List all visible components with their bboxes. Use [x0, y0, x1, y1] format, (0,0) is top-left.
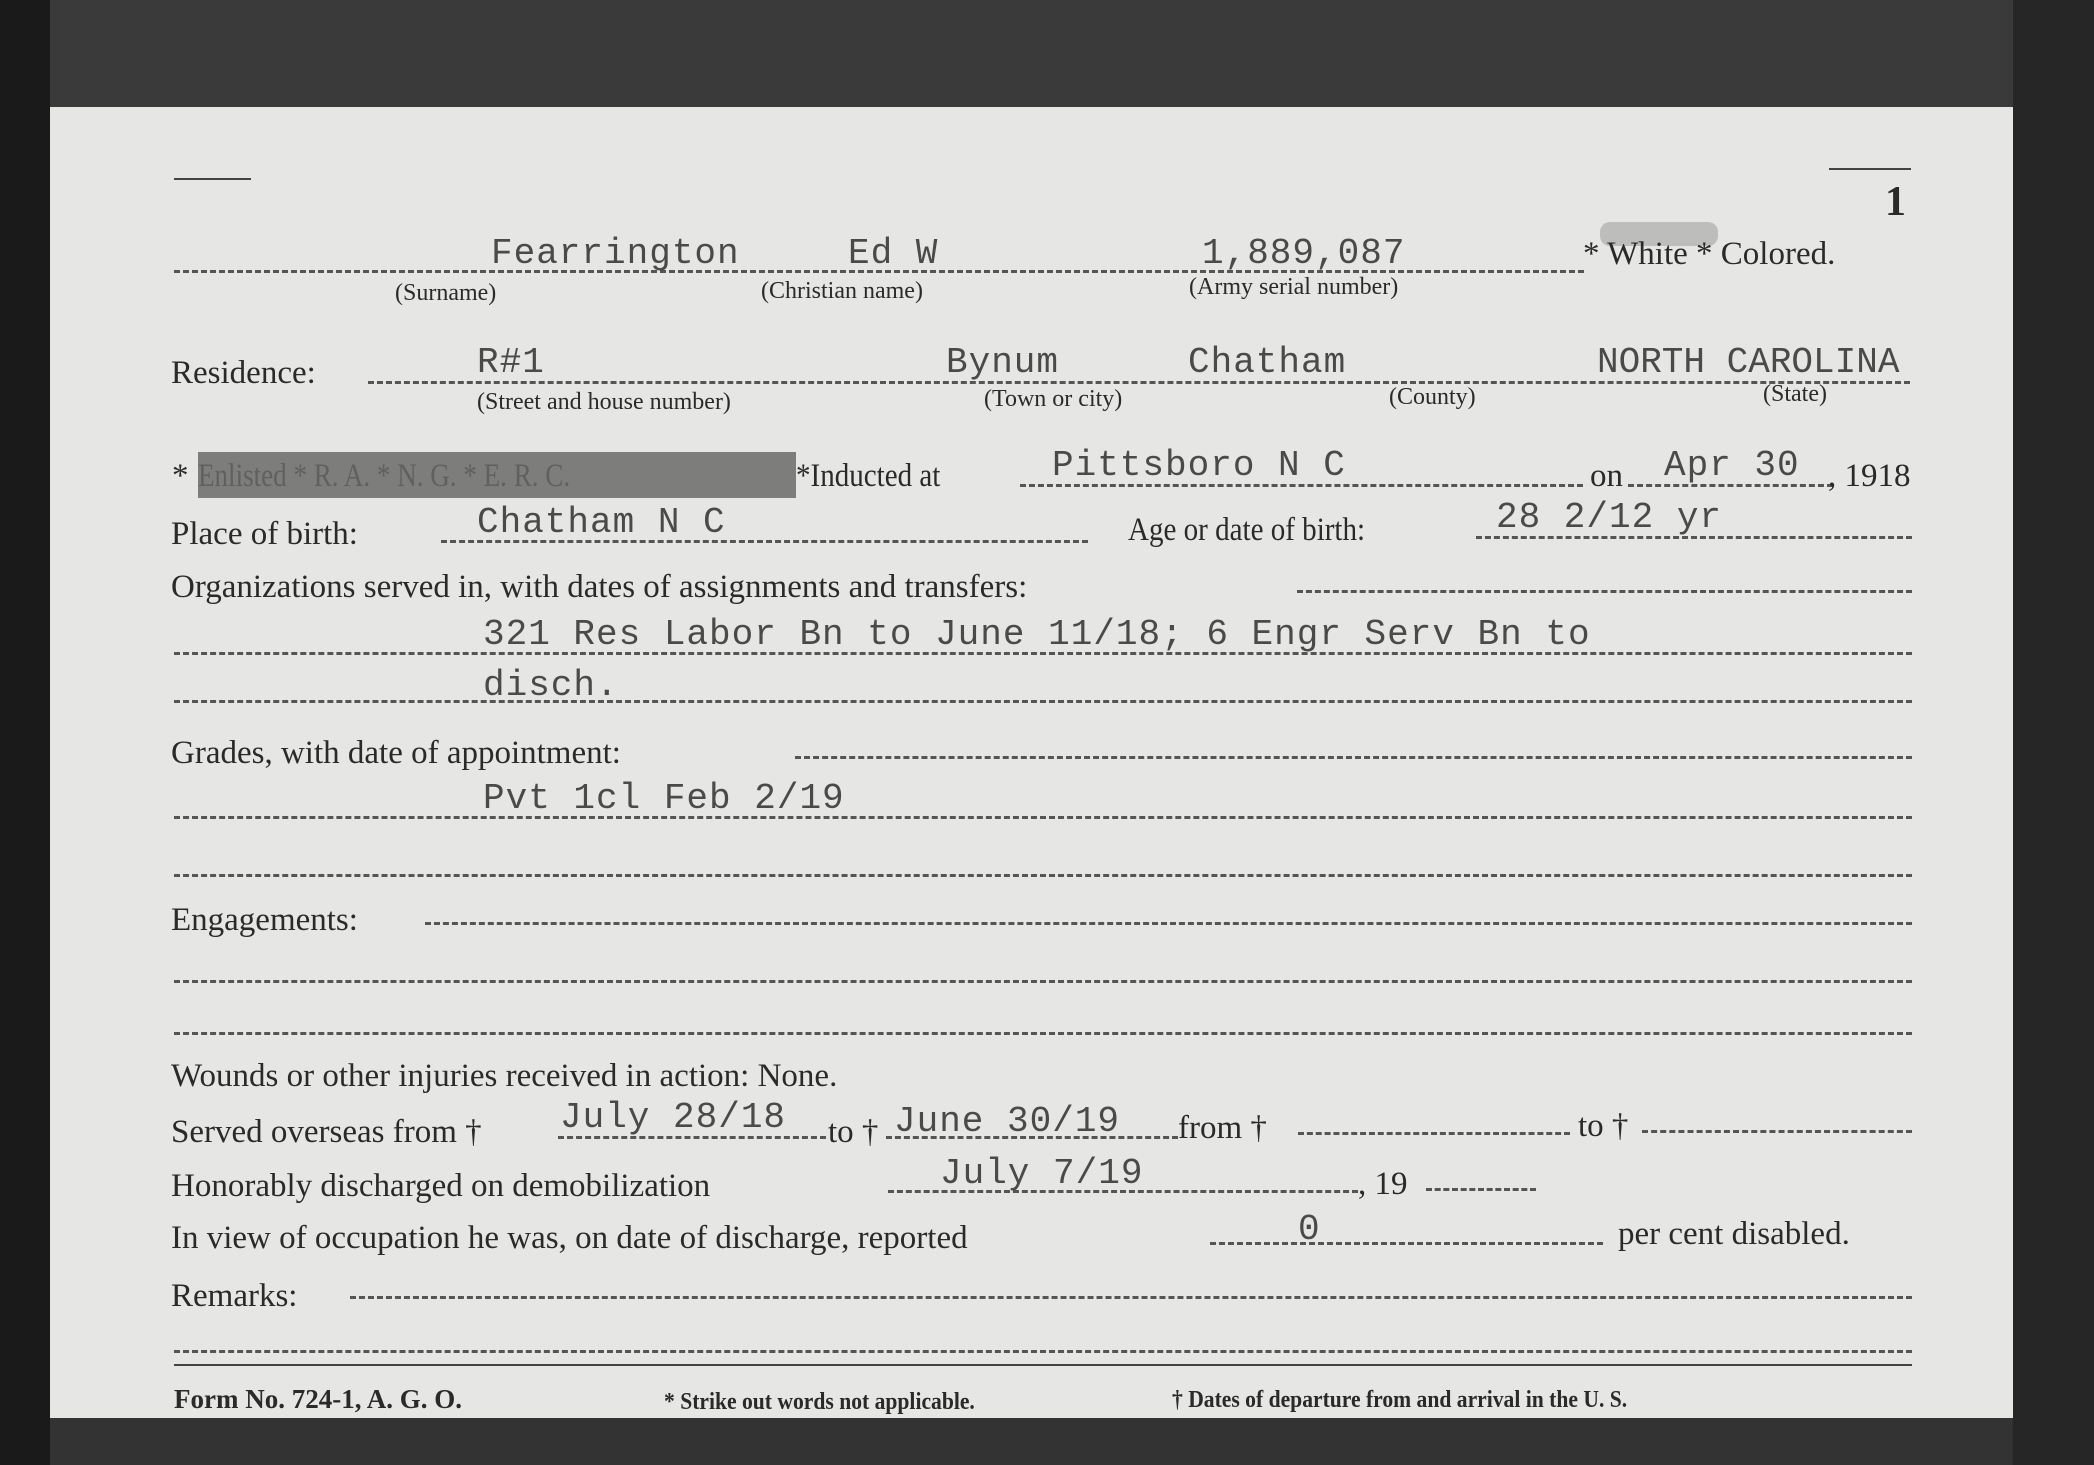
christian-name-caption: (Christian name): [761, 279, 923, 303]
scanner-background-top: [50, 0, 2013, 107]
remarks-label: Remarks:: [171, 1280, 297, 1313]
street-caption: (Street and house number): [477, 390, 731, 414]
induction-asterisk: *: [172, 460, 189, 493]
overseas-from-label-2: from †: [1178, 1112, 1267, 1145]
overseas-to-value: June 30/19: [894, 1104, 1120, 1140]
grades-label: Grades, with date of appointment:: [171, 737, 621, 770]
age-label: Age or date of birth:: [1128, 514, 1365, 547]
overseas-from-value: July 28/18: [560, 1100, 786, 1136]
discharge-date-value: July 7/19: [940, 1156, 1143, 1192]
disability-line: [1210, 1242, 1603, 1245]
disability-label: In view of occupation he was, on date of…: [171, 1222, 968, 1255]
surname-caption: (Surname): [395, 281, 496, 305]
town-value: Bynum: [946, 345, 1059, 381]
footer-rule: [174, 1364, 1912, 1366]
organizations-label: Organizations served in, with dates of a…: [171, 571, 1027, 604]
overseas-to-label: to †: [828, 1116, 878, 1149]
footnote-dates: † Dates of departure from and arrival in…: [1172, 1388, 1627, 1412]
scanner-background-bottom: [50, 1418, 2013, 1465]
surname-value: Fearrington: [491, 236, 740, 272]
disability-suffix: per cent disabled.: [1618, 1218, 1850, 1251]
serial-number-value: 1,889,087: [1202, 236, 1405, 272]
county-value: Chatham: [1188, 345, 1346, 381]
grades-value-1: Pvt 1cl Feb 2/19: [483, 781, 845, 817]
organizations-line-2: [174, 700, 1912, 703]
engagements-line-2: [174, 1032, 1912, 1035]
organizations-value-1: 321 Res Labor Bn to June 11/18; 6 Engr S…: [483, 617, 1591, 653]
age-value: 28 2/12 yr: [1496, 500, 1722, 536]
grades-line-0: [795, 756, 1912, 759]
remarks-line-0: [350, 1296, 1912, 1299]
top-right-rule: [1829, 168, 1911, 170]
organizations-line-0: [1297, 590, 1912, 593]
page-number: 1: [1885, 178, 1906, 226]
discharge-year-label: , 19: [1358, 1168, 1408, 1201]
street-value: R#1: [477, 345, 545, 381]
footnote-strike: * Strike out words not applicable.: [664, 1390, 975, 1414]
remarks-line-1: [174, 1350, 1912, 1353]
town-caption: (Town or city): [984, 387, 1122, 411]
engagements-line-0: [425, 922, 1912, 925]
inducted-at-label: *Inducted at: [796, 460, 940, 493]
christian-name-value: Ed W: [848, 236, 938, 272]
county-caption: (County): [1389, 385, 1476, 409]
organizations-value-2: disch.: [483, 668, 619, 704]
grades-line-2: [174, 874, 1912, 877]
discharge-label: Honorably discharged on demobilization: [171, 1170, 710, 1203]
overseas-to-line-2: [1642, 1130, 1912, 1133]
place-of-birth-value: Chatham N C: [477, 505, 726, 541]
form-number: Form No. 724-1, A. G. O.: [174, 1386, 462, 1413]
discharge-year-line: [1426, 1188, 1536, 1191]
serial-number-caption: (Army serial number): [1189, 275, 1398, 299]
residence-label: Residence:: [171, 357, 316, 390]
wounds-label: Wounds or other injuries received in act…: [171, 1060, 837, 1093]
engagements-line-1: [174, 980, 1912, 983]
overseas-label: Served overseas from †: [171, 1116, 482, 1149]
scanner-background-right: [2013, 0, 2094, 1465]
state-value: NORTH CAROLINA: [1597, 345, 1899, 381]
induction-year: , 1918: [1828, 460, 1911, 493]
place-of-birth-label: Place of birth:: [171, 518, 358, 551]
induction-date-value: Apr 30: [1664, 448, 1800, 484]
state-caption: (State): [1763, 382, 1827, 406]
overseas-from-line-2: [1298, 1132, 1570, 1135]
engagements-label: Engagements:: [171, 904, 358, 937]
scanner-background-left: [0, 0, 50, 1465]
top-left-rule: [174, 178, 251, 180]
redaction-bar: [198, 452, 796, 498]
induction-place-value: Pittsboro N C: [1052, 448, 1346, 484]
overseas-to-label-2: to †: [1578, 1110, 1628, 1143]
race-label: * White * Colored.: [1583, 238, 1835, 271]
on-label: on: [1590, 460, 1623, 493]
grades-line-1: [174, 816, 1912, 819]
disability-percent-value: 0: [1298, 1212, 1321, 1248]
